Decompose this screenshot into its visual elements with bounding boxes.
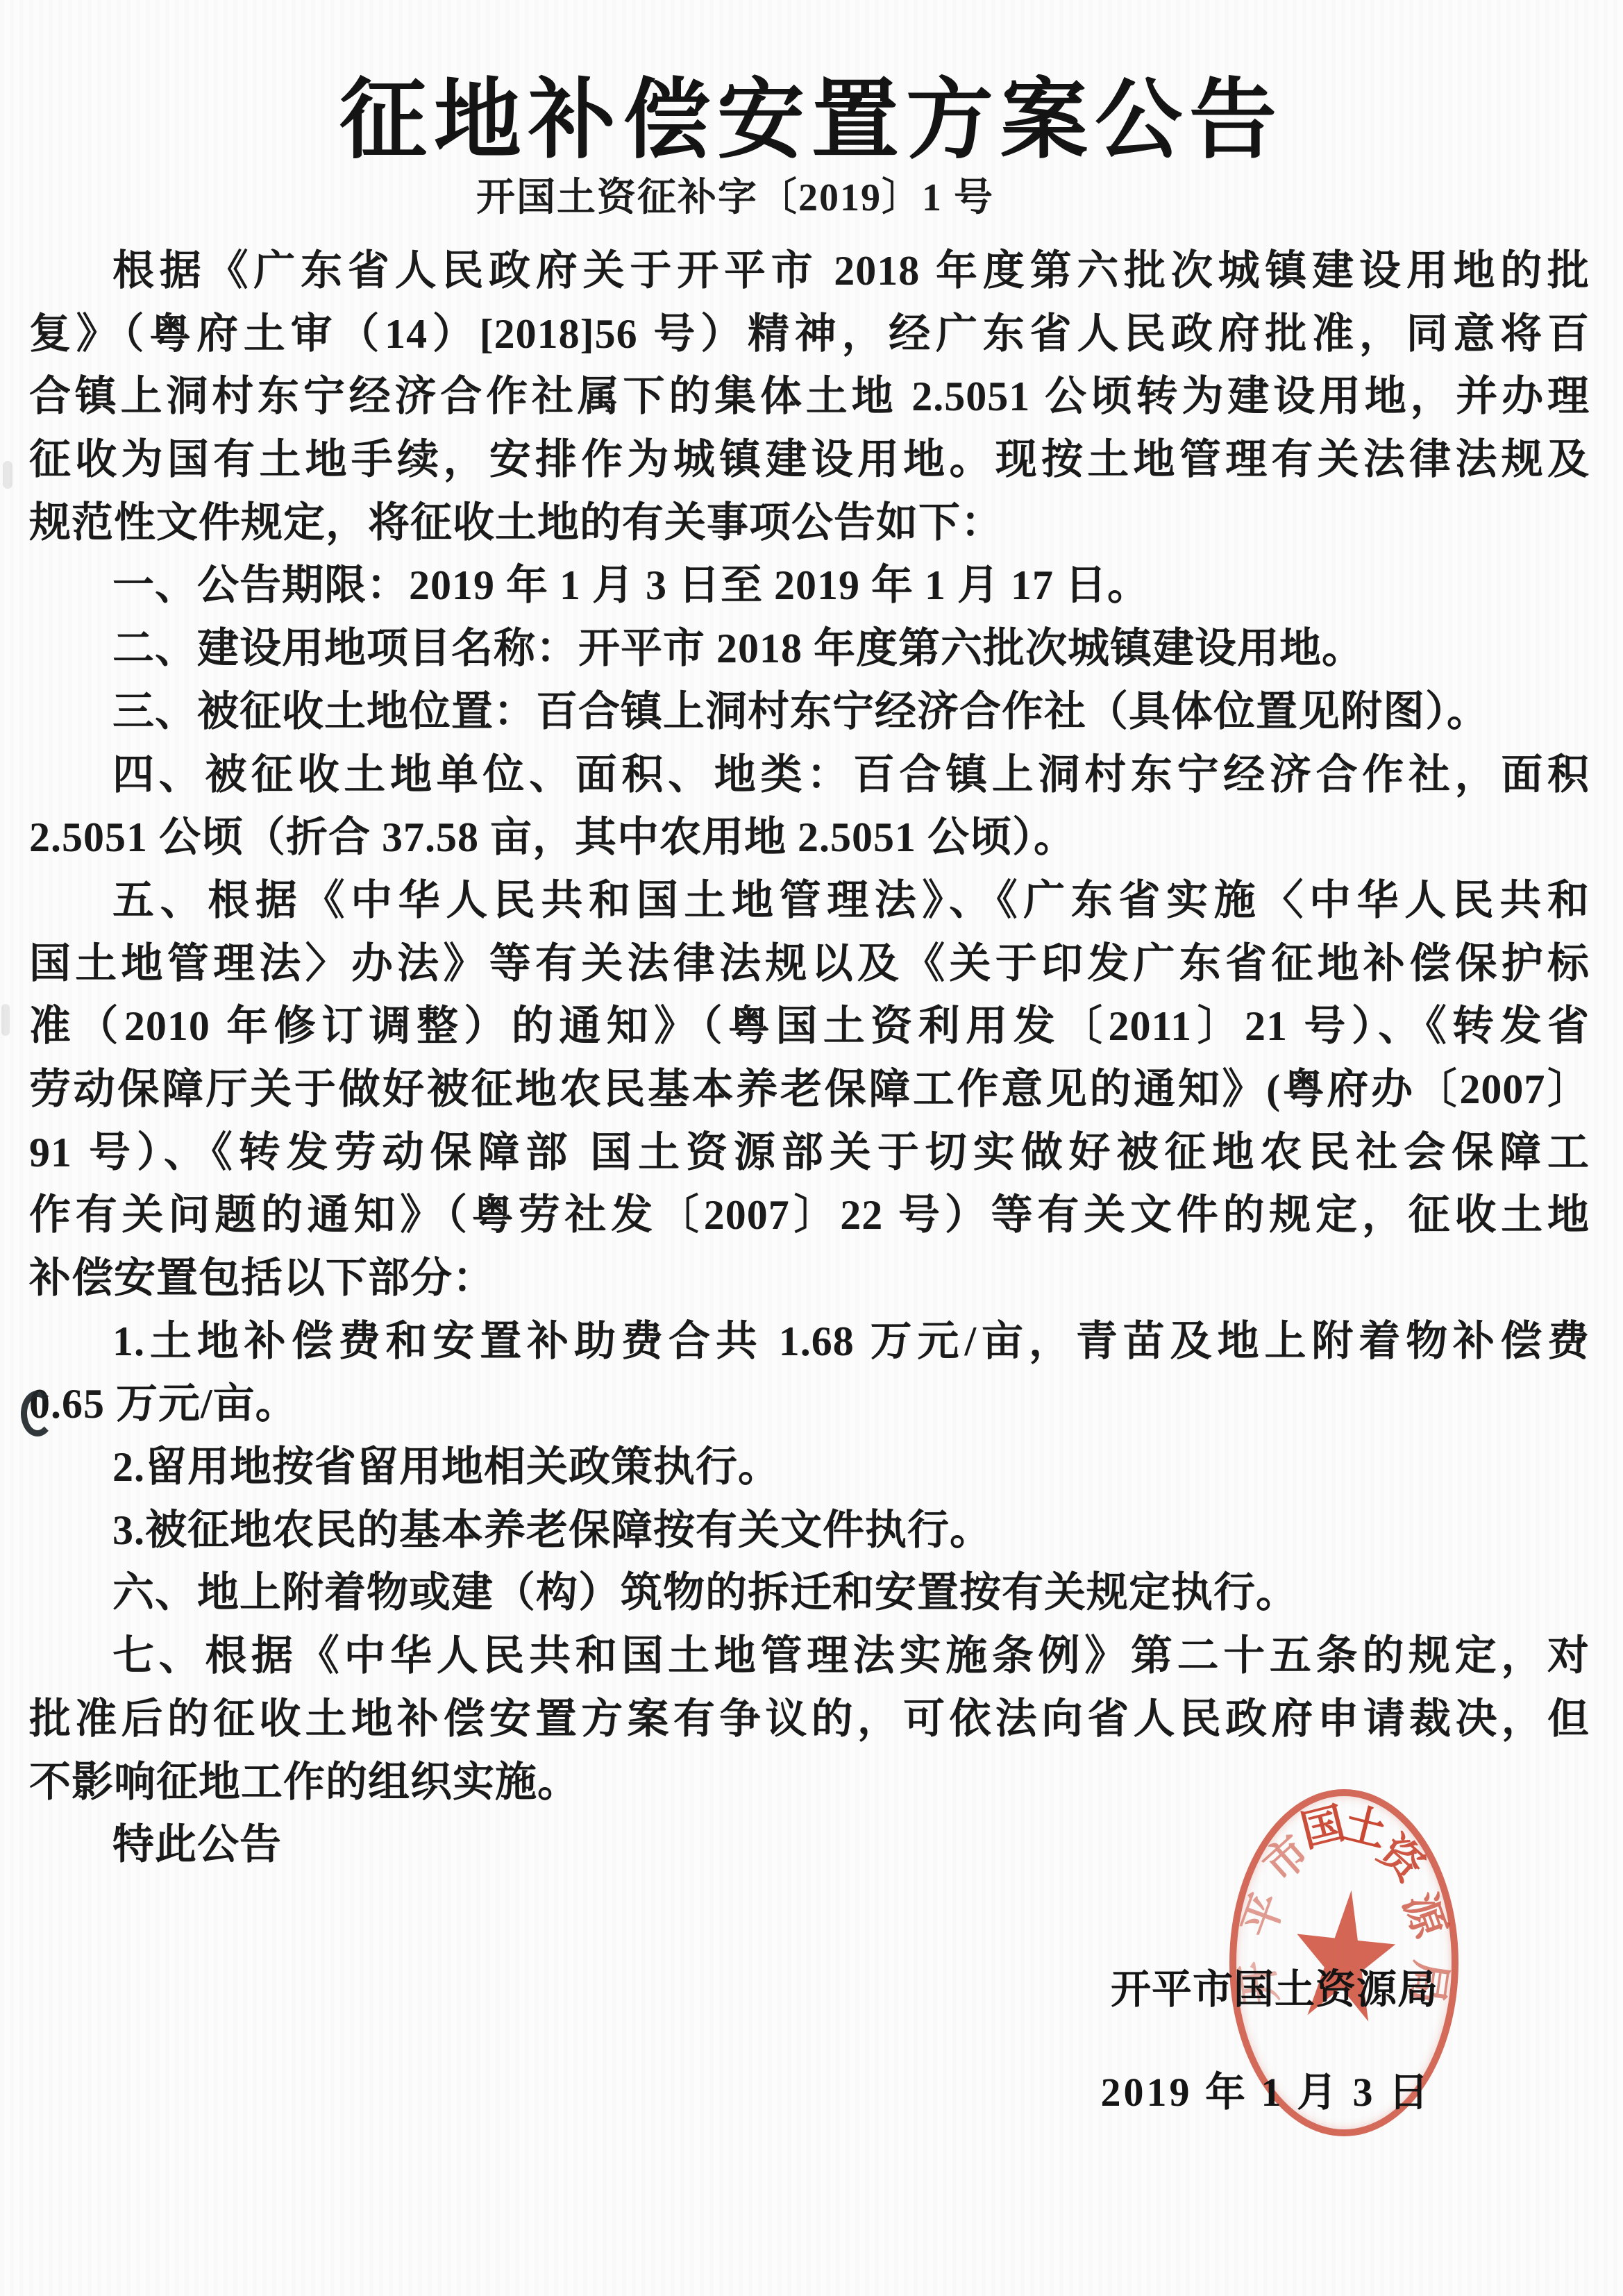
document-body: 根据《广东省人民政府关于开平市 2018 年度第六批次城镇建设用地的批 复》（粤… xyxy=(29,240,1590,1877)
signature-date: 2019 年 1 月 3 日 xyxy=(1100,2059,1431,2118)
body-line-item-1: 一、公告期限：2019 年 1 月 3 日至 2019 年 1 月 17 日。 xyxy=(29,554,1590,617)
body-line-item-5: 五、根据《中华人民共和国土地管理法》、《广东省实施〈中华人民共和 xyxy=(29,869,1590,932)
body-line: 征收为国有土地手续，安排作为城镇建设用地。现按土地管理有关法律法规及 xyxy=(29,428,1590,492)
body-line: 准（2010 年修订调整）的通知》（粤国土资利用发〔2011〕21 号）、《转发… xyxy=(29,995,1590,1058)
body-line: 规范性文件规定，将征收土地的有关事项公告如下： xyxy=(29,492,1590,555)
body-line-sub-1: 1.土地补偿费和安置补助费合共 1.68 万元/亩，青苗及地上附着物补偿费 xyxy=(29,1310,1590,1373)
scan-artifact xyxy=(21,1391,54,1436)
document-page: 征地补偿安置方案公告 开国土资征补字〔2019〕1 号 根据《广东省人民政府关于… xyxy=(0,0,1623,2296)
body-line: 批准后的征收土地补偿安置方案有争议的，可依法向省人民政府申请裁决，但 xyxy=(29,1688,1590,1751)
body-line: 作有关问题的通知》（粤劳社发〔2007〕22 号）等有关文件的规定，征收土地 xyxy=(29,1184,1590,1247)
body-line: 复》（粤府土审（14）[2018]56 号）精神，经广东省人民政府批准，同意将百 xyxy=(29,303,1590,366)
body-line-item-6: 六、地上附着物或建（构）筑物的拆迁和安置按有关规定执行。 xyxy=(29,1561,1590,1625)
signature-agency: 开平市国土资源局 xyxy=(1111,1956,1438,2015)
body-line: 劳动保障厅关于做好被征地农民基本养老保障工作意见的通知》(粤府办〔2007〕 xyxy=(29,1058,1590,1121)
body-line: 2.5051 公顷（折合 37.58 亩，其中农用地 2.5051 公顷）。 xyxy=(29,806,1590,869)
body-line: 补偿安置包括以下部分： xyxy=(29,1247,1590,1310)
body-line: 0.65 万元/亩。 xyxy=(29,1373,1590,1436)
body-line: 国土地管理法〉办法》等有关法律法规以及《关于印发广东省征地补偿保护标 xyxy=(29,932,1590,996)
body-line-sub-3: 3.被征地农民的基本养老保障按有关文件执行。 xyxy=(29,1499,1590,1562)
page-title: 征地补偿安置方案公告 xyxy=(0,50,1623,176)
scan-artifact xyxy=(3,461,12,489)
document-number: 开国土资征补字〔2019〕1 号 xyxy=(0,167,1547,222)
scan-artifact xyxy=(1,1004,10,1036)
body-line-item-3: 三、被征收土地位置：百合镇上洞村东宁经济合作社（具体位置见附图）。 xyxy=(29,680,1590,744)
body-line: 合镇上洞村东宁经济合作社属下的集体土地 2.5051 公顷转为建设用地，并办理 xyxy=(29,365,1590,428)
body-line: 91 号）、《转发劳动保障部 国土资源部关于切实做好被征地农民社会保障工 xyxy=(29,1121,1590,1184)
body-line-item-7: 七、根据《中华人民共和国土地管理法实施条例》第二十五条的规定，对 xyxy=(29,1625,1590,1688)
body-line-item-4: 四、被征收土地单位、面积、地类：百合镇上洞村东宁经济合作社，面积 xyxy=(29,744,1590,807)
body-line: 根据《广东省人民政府关于开平市 2018 年度第六批次城镇建设用地的批 xyxy=(29,240,1590,303)
body-line-item-2: 二、建设用地项目名称：开平市 2018 年度第六批次城镇建设用地。 xyxy=(29,617,1590,680)
body-line-sub-2: 2.留用地按省留用地相关政策执行。 xyxy=(29,1436,1590,1499)
